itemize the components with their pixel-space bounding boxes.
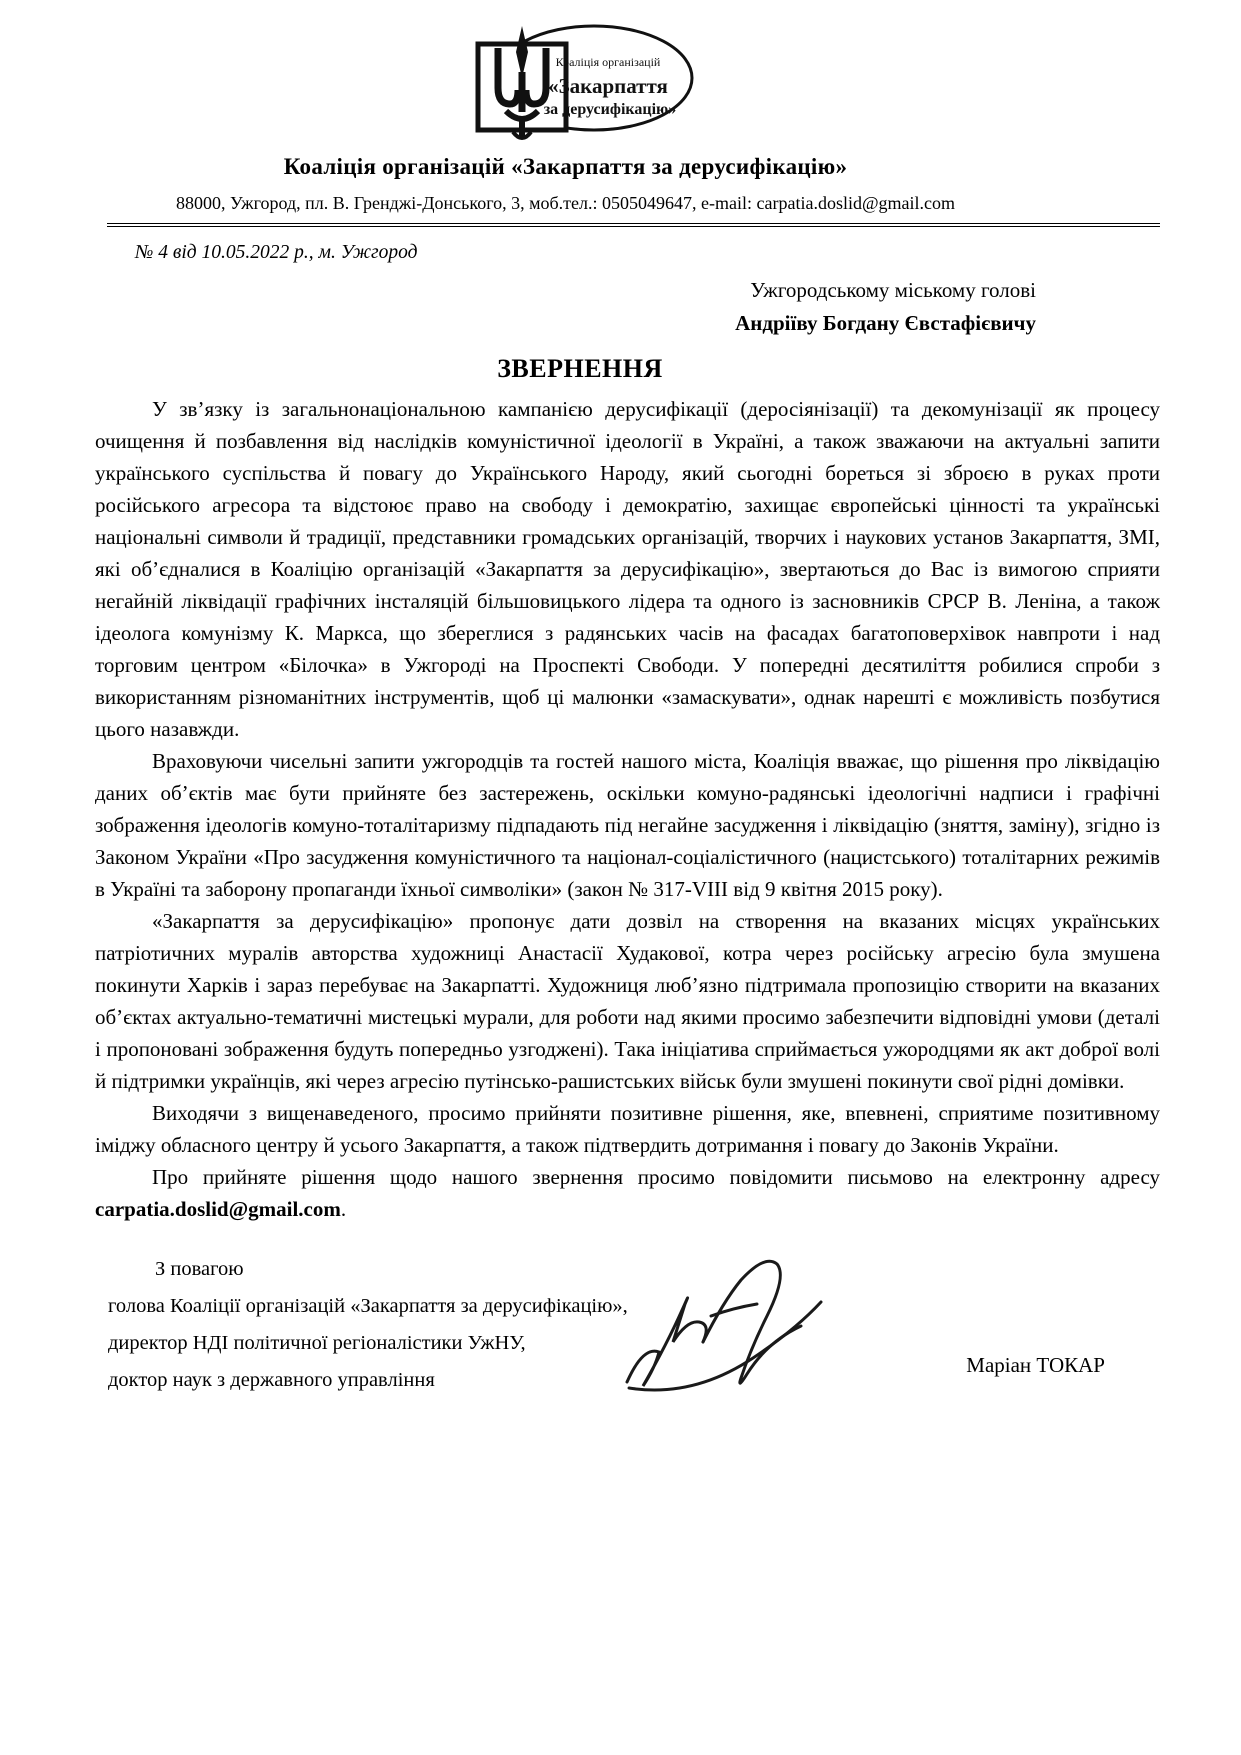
email-address: carpatia.doslid@gmail.com (95, 1197, 341, 1221)
recipient-name: Андріїву Богдану Євстафієвичу (95, 307, 1036, 340)
letter-page: Коаліція організацій «Закарпаття за деру… (0, 0, 1241, 1755)
paragraph-3: «Закарпаття за дерусифікацію» пропонує д… (95, 905, 1160, 1097)
logo-ellipse-text-line3: за дерусифікацію» (543, 101, 676, 118)
organization-name: Коаліція організацій «Закарпаття за деру… (95, 153, 1036, 180)
document-title: ЗВЕРНЕННЯ (497, 354, 663, 383)
organization-logo: Коаліція організацій «Закарпаття за деру… (436, 14, 696, 151)
coalition-emblem-icon: Коаліція організацій «Закарпаття за деру… (436, 14, 696, 146)
recipient-title: Ужгородському міському голові (95, 274, 1036, 307)
logo-ellipse-text-line2: «Закарпаття (548, 74, 668, 98)
paragraph-2: Враховуючи чисельні запити ужгородців та… (95, 745, 1160, 905)
paragraph-4: Виходячи з вищенаведеного, просимо прийн… (95, 1097, 1160, 1161)
recipient-block: Ужгородському міському голові Андріїву Б… (95, 274, 1036, 340)
signer-name: Маріан ТОКАР (966, 1353, 1105, 1378)
logo-ellipse-text-line1: Коаліція організацій (555, 55, 660, 69)
handwritten-signature-icon (615, 1246, 855, 1406)
letterhead-divider (107, 223, 1160, 227)
signature-block: З повагою голова Коаліції організацій «З… (95, 1251, 1160, 1481)
letter-body: У зв’язку із загальнонаціональною кампан… (95, 393, 1160, 1225)
organization-contact-line: 88000, Ужгород, пл. В. Гренджі-Донського… (95, 193, 1036, 214)
paragraph-5-period: . (341, 1197, 346, 1221)
paragraph-1: У зв’язку із загальнонаціональною кампан… (95, 393, 1160, 745)
letterhead: Коаліція організацій «Закарпаття за деру… (95, 14, 1036, 214)
paragraph-5-text: Про прийняте рішення щодо нашого звернен… (152, 1165, 1160, 1189)
reference-number-line: № 4 від 10.05.2022 р., м. Ужгород (135, 242, 1160, 264)
paragraph-5: Про прийняте рішення щодо нашого звернен… (95, 1161, 1160, 1225)
